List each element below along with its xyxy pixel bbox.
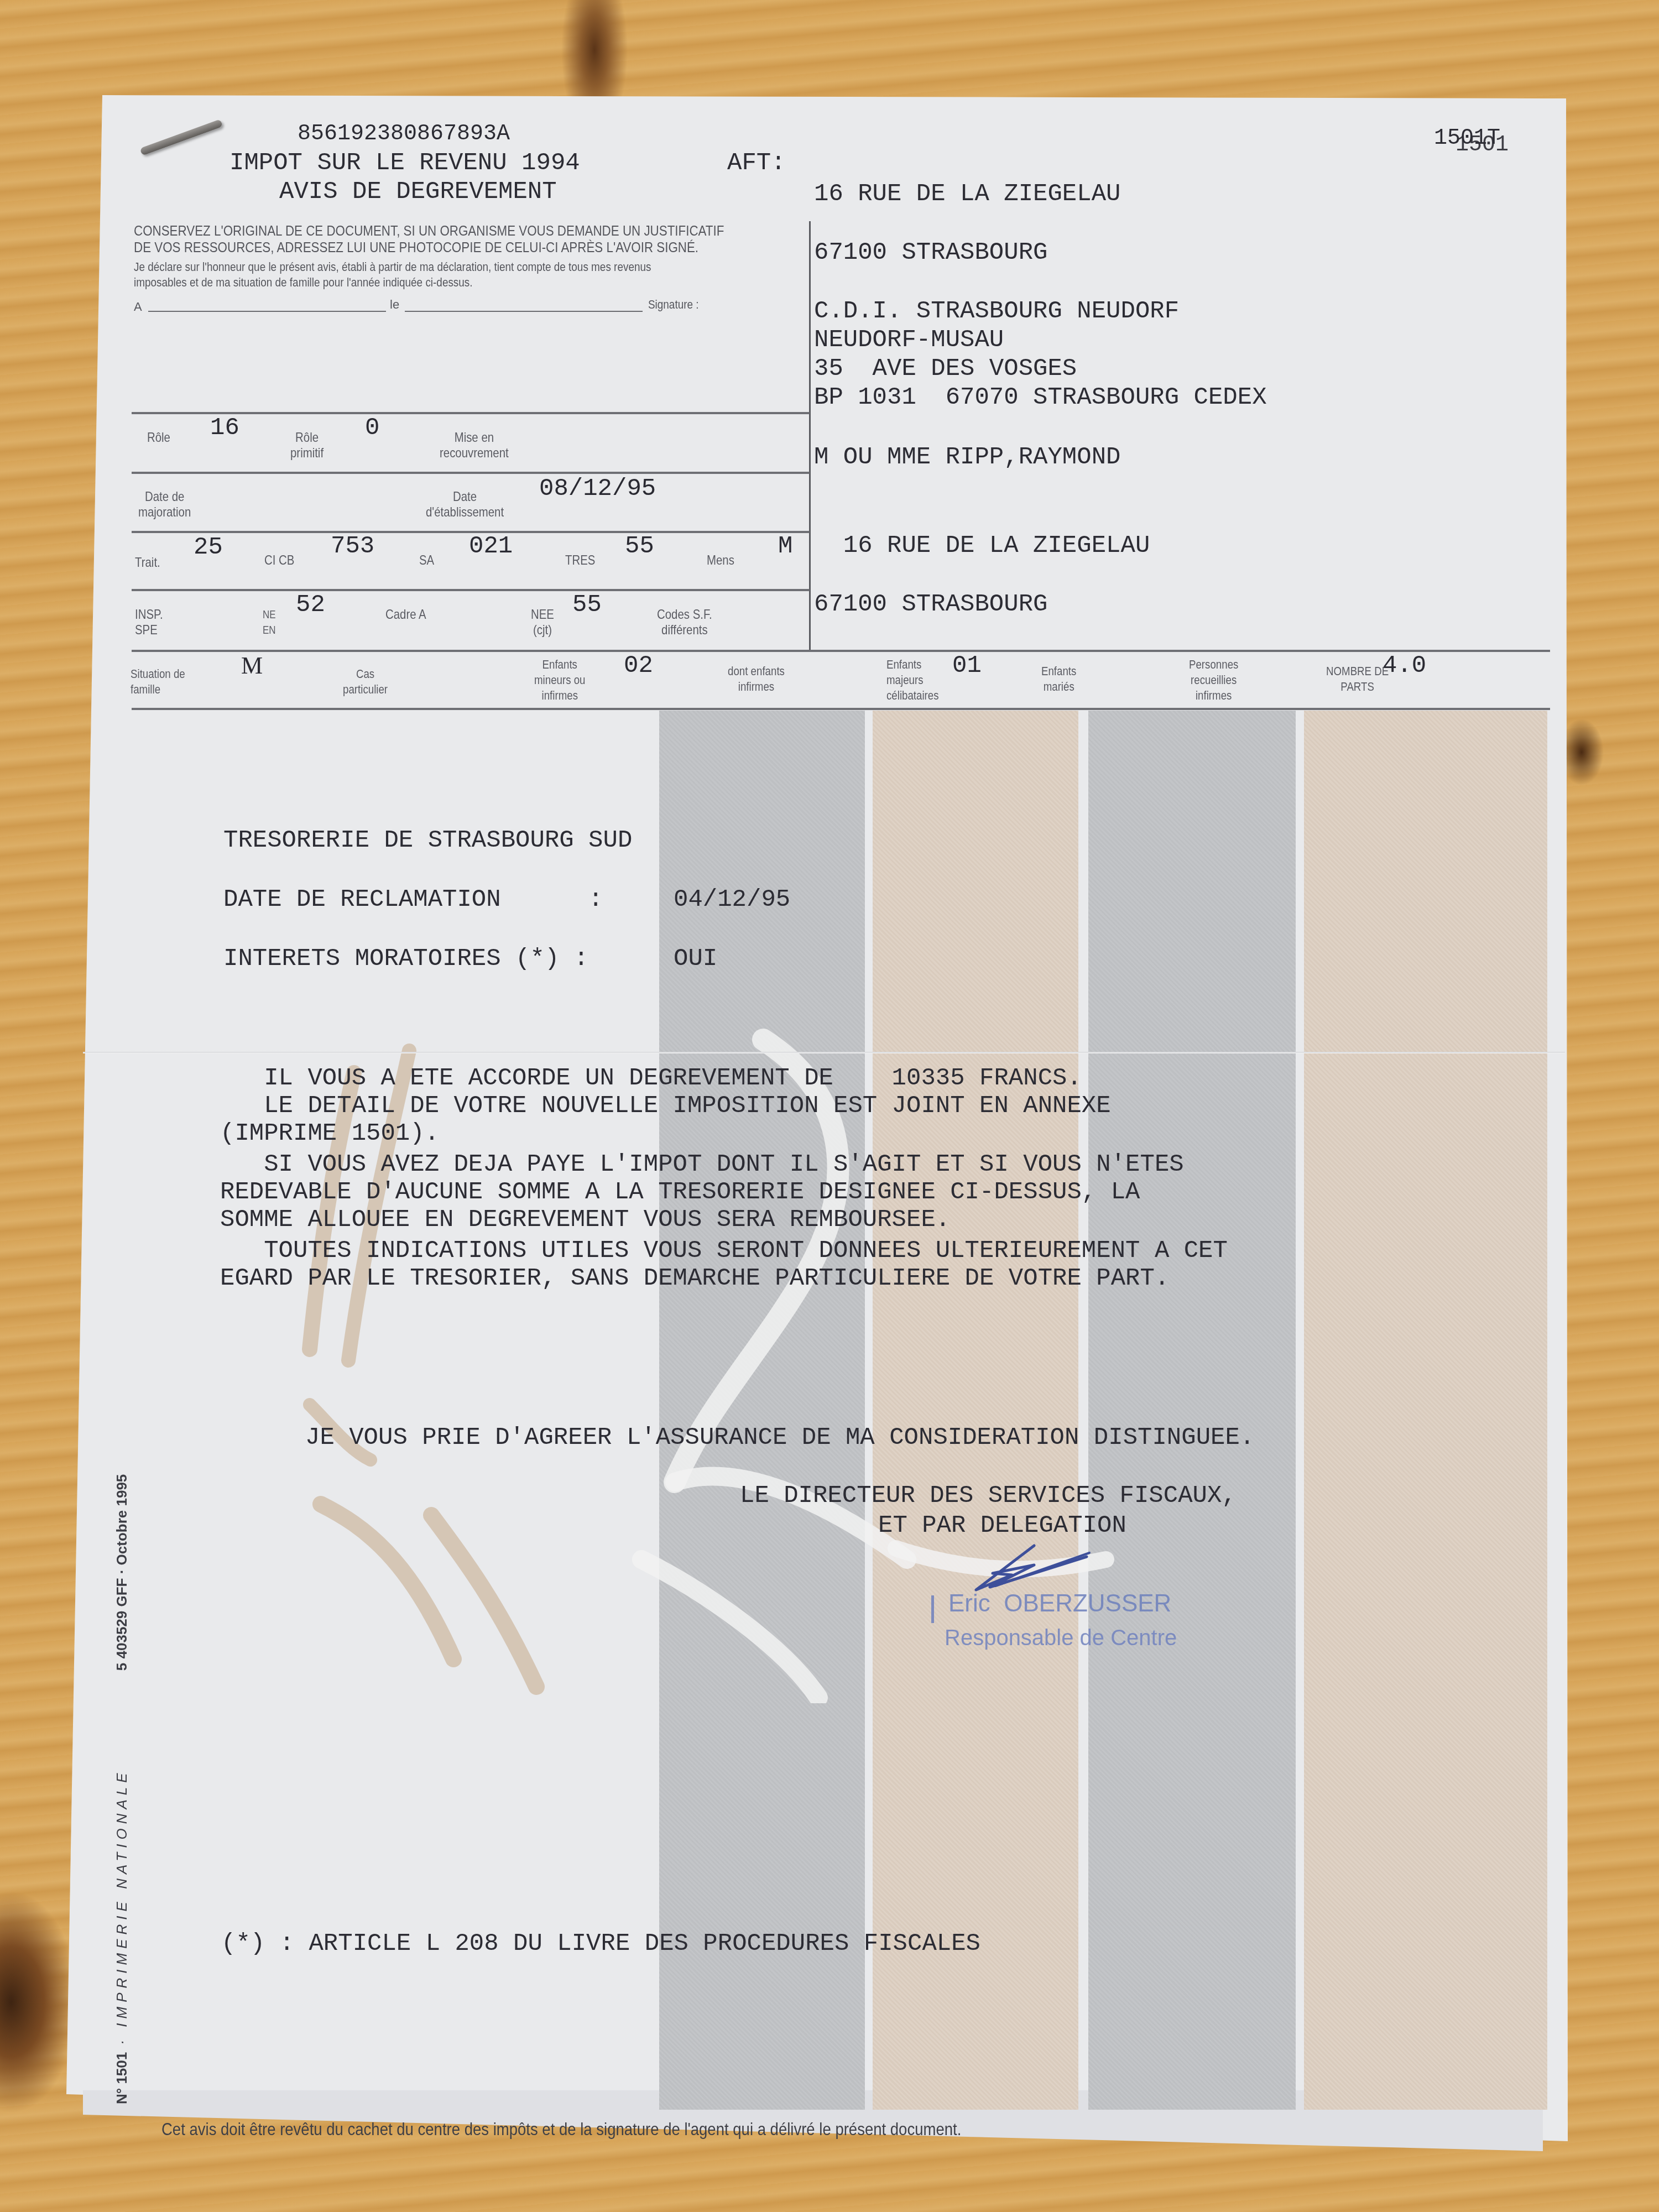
rule-5 xyxy=(132,650,1550,652)
stamp-name: Eric OBERZUSSER xyxy=(948,1590,1171,1618)
nombre-parts-label: NOMBRE DE PARTS xyxy=(1326,664,1389,695)
date-majoration-label: Date de majoration xyxy=(138,489,191,520)
insp-label: INSP. SPE xyxy=(135,607,163,638)
declaration-line-1: Je déclare sur l'honneur que le présent … xyxy=(134,260,651,274)
cadre-label: Cadre A xyxy=(385,607,426,623)
signatory-title: LE DIRECTEUR DES SERVICES FISCAUX, xyxy=(740,1482,1237,1510)
sign-place-field[interactable] xyxy=(148,311,386,312)
letter-line: SOMME ALLOUEE EN DEGREVEMENT VOUS SERA R… xyxy=(220,1206,1228,1234)
letter-line: IL VOUS A ETE ACCORDE UN DEGREVEMENT DE … xyxy=(220,1065,1228,1092)
stamp-role: Responsable de Centre xyxy=(945,1626,1177,1651)
letter-line: REDEVABLE D'AUCUNE SOMME A LA TRESORERIE… xyxy=(220,1178,1228,1206)
date-etablissement-label: Date d'établissement xyxy=(426,489,504,520)
rule-4 xyxy=(132,589,810,591)
role-value: 16 xyxy=(210,416,239,440)
enfants-mineurs-label: Enfants mineurs ou infirmes xyxy=(534,657,586,703)
codes-sf-label: Codes S.F. différents xyxy=(657,607,712,638)
letter-line: (IMPRIME 1501). xyxy=(220,1120,1228,1147)
declaration-line-2: imposables et de ma situation de famille… xyxy=(134,275,473,290)
treasury-name: TRESORERIE DE STRASBOURG SUD xyxy=(223,827,632,854)
reclamation-date-value: 04/12/95 xyxy=(674,886,790,914)
date-etablissement-value: 08/12/95 xyxy=(539,477,656,501)
rule-6 xyxy=(132,708,1550,710)
notice-caps-line-2: DE VOS RESSOURCES, ADRESSEZ LUI UNE PHOT… xyxy=(134,239,698,256)
ne-label: NE EN xyxy=(263,607,276,638)
letter-line: TOUTES INDICATIONS UTILES VOUS SERONT DO… xyxy=(220,1237,1228,1265)
sign-place-label: A xyxy=(134,300,142,314)
role-primitif-label: Rôle primitif xyxy=(290,430,324,461)
tres-label: TRES xyxy=(565,553,595,568)
interets-moratoires-label: INTERETS MORATOIRES (*) : xyxy=(223,945,588,973)
situation-famille-label: Situation de famille xyxy=(131,666,185,697)
interets-moratoires-value: OUI xyxy=(674,945,717,973)
aft-label: AFT: xyxy=(727,149,786,177)
enfants-majeurs-value: 01 xyxy=(952,654,982,678)
trait-value: 25 xyxy=(194,535,223,560)
aft-street: 16 RUE DE LA ZIEGELAU xyxy=(814,180,1121,208)
dont-enfants-infirmes-label: dont enfants infirmes xyxy=(728,664,785,695)
letter-line: SI VOUS AVEZ DEJA PAYE L'IMPOT DONT IL S… xyxy=(220,1151,1228,1178)
enfants-maries-label: Enfants mariés xyxy=(1041,664,1076,695)
rule-2 xyxy=(132,472,810,474)
reference-number: 856192380867893A xyxy=(298,122,510,147)
office-line-2: NEUDORF-MUSAU xyxy=(814,326,1004,354)
office-line-4: BP 1031 67070 STRASBOURG CEDEX xyxy=(814,384,1267,411)
role-primitif-value: 0 xyxy=(365,416,379,440)
notice-caps-line-1: CONSERVEZ L'ORIGINAL DE CE DOCUMENT, SI … xyxy=(134,222,724,239)
stamp-bracket xyxy=(931,1595,934,1623)
office-line-3: 35 AVE DES VOSGES xyxy=(814,355,1077,383)
letter-line: EGARD PAR LE TRESORIER, SANS DEMARCHE PA… xyxy=(220,1265,1228,1292)
bottom-notice: Cet avis doit être revêtu du cachet du c… xyxy=(161,2119,961,2140)
office-name: C.D.I. STRASBOURG NEUDORF xyxy=(814,298,1179,325)
footnote: (*) : ARTICLE L 208 DU LIVRE DES PROCEDU… xyxy=(221,1930,980,1958)
letter-body: IL VOUS A ETE ACCORDE UN DEGREVEMENT DE … xyxy=(220,1065,1228,1286)
tres-value: 55 xyxy=(625,534,654,559)
closing-formula: JE VOUS PRIE D'AGREER L'ASSURANCE DE MA … xyxy=(305,1424,1254,1452)
sign-signature-label: Signature : xyxy=(648,298,699,312)
recipient-name: M OU MME RIPP,RAYMOND xyxy=(814,444,1121,471)
aft-city: 67100 STRASBOURG xyxy=(814,239,1047,267)
margin-printer: · IMPRIMERIE NATIONALE xyxy=(113,1768,130,2044)
cicb-label: CI CB xyxy=(264,553,294,568)
form-code: 1501 xyxy=(1455,133,1509,158)
personnes-recueillies-label: Personnes recueillies infirmes xyxy=(1189,657,1238,703)
margin-print: N° 1501 · IMPRIMERIE NATIONALE 5 403529 … xyxy=(113,1474,131,2104)
enfants-mineurs-value: 02 xyxy=(624,654,653,678)
sign-date-field[interactable] xyxy=(405,311,643,312)
nombre-parts-value: 4.0 xyxy=(1383,654,1426,678)
cas-particulier-label: Cas particulier xyxy=(343,666,388,697)
trait-label: Trait. xyxy=(135,555,160,571)
document-title: IMPOT SUR LE REVENU 1994 xyxy=(229,149,580,177)
reclamation-date-label: DATE DE RECLAMATION : xyxy=(223,886,603,914)
nee-label: NEE (cjt) xyxy=(531,607,554,638)
nee-value: 55 xyxy=(572,593,602,617)
margin-form-number: N° 1501 xyxy=(113,2052,130,2104)
mens-value: M xyxy=(778,534,792,559)
sign-date-label: le xyxy=(390,298,399,312)
header-divider xyxy=(809,221,811,650)
fold-crease xyxy=(83,1052,1565,1053)
ne-value: 52 xyxy=(296,593,325,617)
letter-line: LE DETAIL DE VOTRE NOUVELLE IMPOSITION E… xyxy=(220,1092,1228,1120)
document-subtitle: AVIS DE DEGREVEMENT xyxy=(279,178,557,206)
situation-famille-value: M xyxy=(241,654,263,678)
mens-label: Mens xyxy=(707,553,734,568)
sa-label: SA xyxy=(419,553,434,568)
cicb-value: 753 xyxy=(331,534,374,559)
mise-en-recouvrement-label: Mise en recouvrement xyxy=(440,430,509,461)
recipient-street: 16 RUE DE LA ZIEGELAU xyxy=(814,532,1150,560)
recipient-city: 67100 STRASBOURG xyxy=(814,591,1047,618)
role-label: Rôle xyxy=(147,430,170,446)
signatory-delegation: ET PAR DELEGATION xyxy=(878,1512,1126,1540)
margin-stock-ref: 5 403529 GFF · Octobre 1995 xyxy=(113,1474,130,1671)
enfants-majeurs-label: Enfants majeurs célibataires xyxy=(886,657,939,703)
sa-value: 021 xyxy=(469,534,513,559)
background-stripe-beige-2 xyxy=(1304,711,1547,2110)
